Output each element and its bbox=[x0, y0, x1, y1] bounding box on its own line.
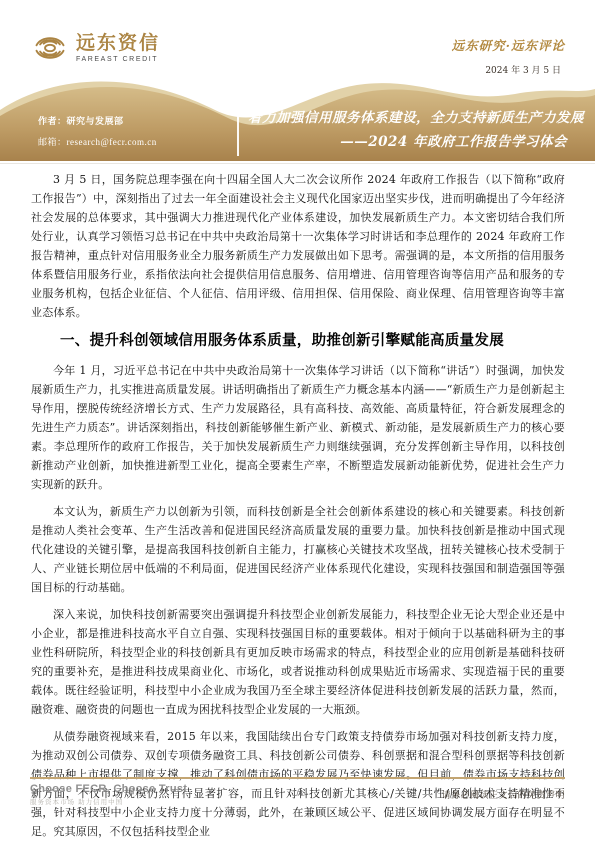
document-body: 3 月 5 日，国务院总理李强在向十四届全国人大二次会议所作 2024 年政府工… bbox=[31, 170, 565, 842]
report-title: 着力加强信用服务体系建设，全力支持新质生产力发展 ——2024 年政府工作报告学… bbox=[248, 106, 567, 154]
page-header: 远东资信 FAREAST CREDIT 远东研究·远东评论 2024 年 3 月… bbox=[32, 30, 565, 64]
fecr-logo-icon bbox=[32, 30, 68, 66]
report-title-line2: ——2024 年政府工作报告学习体会 bbox=[248, 130, 567, 154]
author-line: 作者：研究与发展部 bbox=[38, 112, 157, 132]
disclaimer-notice: 请务必阅读正文后的免责声明 bbox=[303, 783, 565, 801]
company-logo: 远东资信 FAREAST CREDIT bbox=[32, 30, 160, 66]
slogan-chinese: 服务资本市场 助力信用中国 bbox=[30, 797, 292, 806]
author-block: 作者：研究与发展部 邮箱：research@fecr.com.cn bbox=[38, 112, 157, 152]
logo-name-cn: 远东资信 bbox=[76, 34, 160, 53]
title-banner: 作者：研究与发展部 邮箱：research@fecr.com.cn 着力加强信用… bbox=[0, 64, 595, 161]
email-line: 邮箱：research@fecr.com.cn bbox=[38, 132, 157, 152]
page-number: 1/4 bbox=[292, 783, 303, 798]
banner-underline bbox=[0, 163, 595, 164]
paragraph: 本文认为，新质生产力以创新为引领，而科技创新是全社会创新体系建设的核心和关键要素… bbox=[31, 502, 565, 597]
title-divider-line bbox=[237, 112, 239, 156]
footer-slogan: Choose FECR, Choose Trust 服务资本市场 助力信用中国 bbox=[30, 783, 292, 806]
report-title-line1: 着力加强信用服务体系建设，全力支持新质生产力发展 bbox=[248, 106, 567, 130]
paragraph: 深入来说，加快科技创新需要突出强调提升科技型企业创新发展能力，科技型企业无论大型… bbox=[31, 605, 565, 719]
paragraph: 今年 1 月，习近平总书记在中共中央政治局第十一次集体学习讲话（以下简称“讲话”… bbox=[31, 361, 565, 494]
report-series-label: 远东研究·远东评论 bbox=[452, 36, 565, 54]
page-footer: Choose FECR, Choose Trust 服务资本市场 助力信用中国 … bbox=[30, 777, 565, 806]
section-heading-1: 一、提升科创领域信用服务体系质量，助推创新引擎赋能高质量发展 bbox=[31, 330, 565, 352]
report-page: 远东资信 FAREAST CREDIT 远东研究·远东评论 2024 年 3 月… bbox=[0, 0, 595, 842]
paragraph: 3 月 5 日，国务院总理李强在向十四届全国人大二次会议所作 2024 年政府工… bbox=[31, 170, 565, 322]
logo-wordmark: 远东资信 FAREAST CREDIT bbox=[76, 34, 160, 63]
slogan-english: Choose FECR, Choose Trust bbox=[30, 783, 292, 795]
banner-content: 作者：研究与发展部 邮箱：research@fecr.com.cn 着力加强信用… bbox=[0, 64, 595, 161]
logo-name-en: FAREAST CREDIT bbox=[76, 56, 160, 63]
